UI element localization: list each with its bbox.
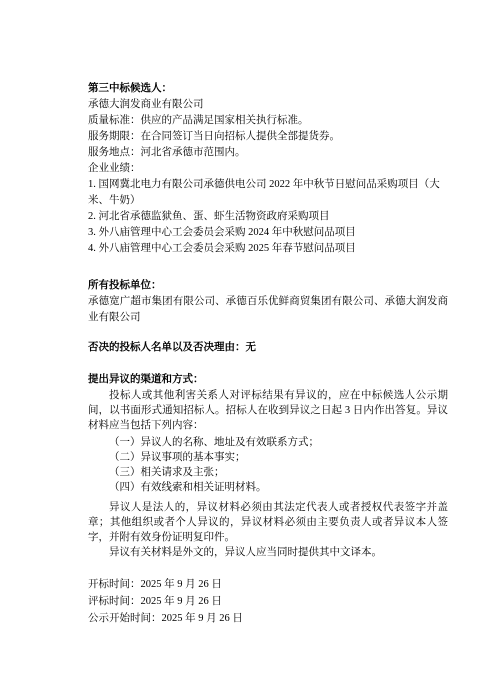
objection-paragraph-2: 异议人是法人的，异议材料必须由其法定代表人或者授权代表签字并盖章；其他组织或者个… <box>88 500 448 545</box>
performance-item-3: 3. 外八庙管理中心工会委员会采购 2024 年中秋慰问品项目 <box>88 225 448 241</box>
section-rejected-bidders: 否决的投标人名单以及否决理由：无 <box>88 340 448 356</box>
objection-items: （一）异议人的名称、地址及有效联系方式； （二）异议事项的基本事实； （三）相关… <box>88 435 448 495</box>
bid-opening-time-line: 开标时间：2025 年 9 月 26 日 <box>88 576 448 593</box>
performance-item-4: 4. 外八庙管理中心工会委员会采购 2025 年春节慰问品项目 <box>88 241 448 257</box>
section-third-candidate: 第三中标候选人： 承德大润发商业有限公司 质量标准：供应的产品满足国家相关执行标… <box>88 81 448 257</box>
section-times: 开标时间：2025 年 9 月 26 日 评标时间：2025 年 9 月 26 … <box>88 576 448 627</box>
objection-item-1: （一）异议人的名称、地址及有效联系方式； <box>88 435 448 450</box>
objection-heading: 提出异议的渠道和方式： <box>88 372 448 388</box>
performance-item-1: 1. 国网冀北电力有限公司承德供电公司 2022 年中秋节日慰问品采购项目（大米… <box>88 177 448 209</box>
third-candidate-heading: 第三中标候选人： <box>88 81 448 97</box>
section-objection-procedure: 提出异议的渠道和方式： 投标人或其他利害关系人对评标结果有异议的，应在中标候选人… <box>88 372 448 560</box>
evaluation-time-line: 评标时间：2025 年 9 月 26 日 <box>88 593 448 610</box>
document-page: 第三中标候选人： 承德大润发商业有限公司 质量标准：供应的产品满足国家相关执行标… <box>0 0 495 700</box>
all-bidders-body: 承德宽广超市集团有限公司、承德百乐优鲜商贸集团有限公司、承德大润发商业有限公司 <box>88 294 448 326</box>
objection-paragraph-3: 异议有关材料是外文的，异议人应当同时提供其中文译本。 <box>88 545 448 560</box>
objection-item-3: （三）相关请求及主张； <box>88 465 448 480</box>
section-all-bidders: 所有投标单位： 承德宽广超市集团有限公司、承德百乐优鲜商贸集团有限公司、承德大润… <box>88 278 448 326</box>
service-location-line: 服务地点：河北省承德市范围内。 <box>88 145 448 161</box>
publicity-start-time-line: 公示开始时间：2025 年 9 月 26 日 <box>88 610 448 627</box>
all-bidders-heading: 所有投标单位： <box>88 278 448 294</box>
performance-item-2: 2. 河北省承德监狱鱼、蛋、虾生活物资政府采购项目 <box>88 209 448 225</box>
objection-item-2: （二）异议事项的基本事实； <box>88 450 448 465</box>
objection-item-4: （四）有效线索和相关证明材料。 <box>88 480 448 495</box>
performance-heading: 企业业绩： <box>88 161 448 177</box>
quality-standard-line: 质量标准：供应的产品满足国家相关执行标准。 <box>88 113 448 129</box>
rejected-bidders-heading: 否决的投标人名单以及否决理由：无 <box>88 340 448 356</box>
objection-paragraph-1: 投标人或其他利害关系人对评标结果有异议的，应在中标候选人公示期间，以书面形式通知… <box>88 388 448 433</box>
third-candidate-company: 承德大润发商业有限公司 <box>88 97 448 113</box>
service-period-line: 服务期限：在合同签订当日向招标人提供全部提货券。 <box>88 129 448 145</box>
